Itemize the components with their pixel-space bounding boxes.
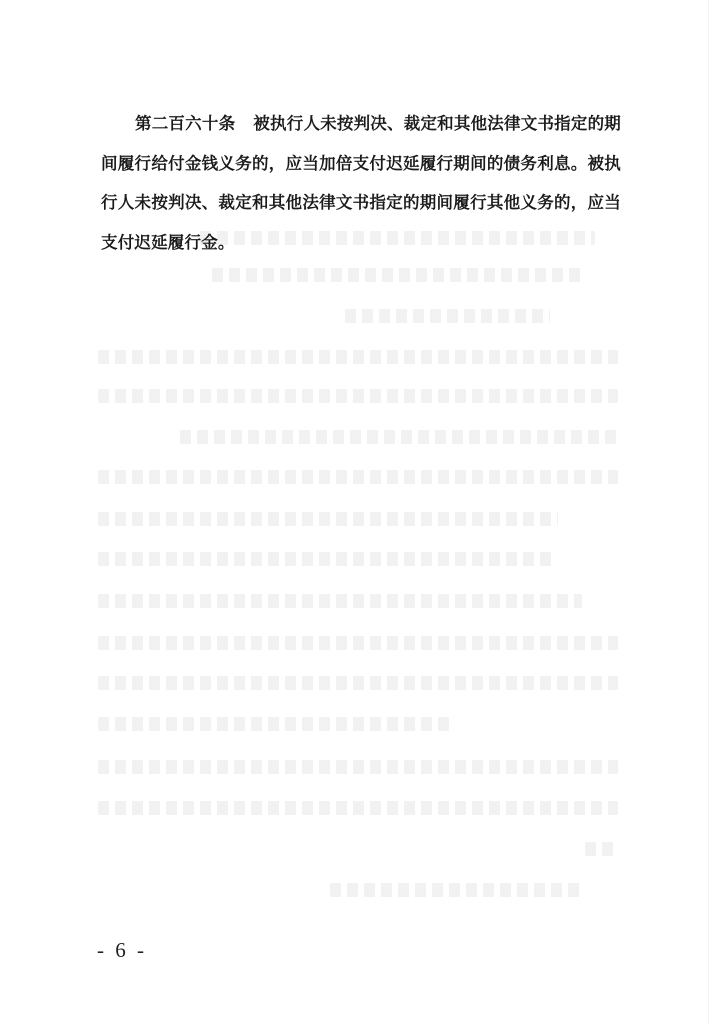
article-number: 第二百六十条 xyxy=(135,114,235,133)
bleed-line xyxy=(98,717,453,731)
bleed-line xyxy=(345,309,550,323)
bleed-line xyxy=(330,883,580,897)
article-260: 第二百六十条被执行人未按判决、裁定和其他法律文书指定的期间履行给付金钱义务的，应… xyxy=(101,104,621,262)
bleed-line xyxy=(98,350,618,364)
bleed-line xyxy=(98,676,618,690)
bleed-line xyxy=(98,552,556,566)
bleed-line xyxy=(212,268,584,282)
page-edge xyxy=(708,0,709,1024)
bleed-line xyxy=(585,842,617,856)
bleed-line xyxy=(98,760,618,774)
bleed-line xyxy=(98,801,618,815)
bleed-line xyxy=(98,636,618,650)
bleed-line xyxy=(98,389,618,403)
bleed-line xyxy=(98,470,618,484)
document-page: 第二百六十条被执行人未按判决、裁定和其他法律文书指定的期间履行给付金钱义务的，应… xyxy=(0,0,724,1024)
page-number: - 6 - xyxy=(97,938,147,963)
article-paragraph: 第二百六十条被执行人未按判决、裁定和其他法律文书指定的期间履行给付金钱义务的，应… xyxy=(101,104,621,262)
bleed-line xyxy=(98,594,582,608)
bleed-line xyxy=(180,430,616,444)
article-body: 被执行人未按判决、裁定和其他法律文书指定的期间履行给付金钱义务的，应当加倍支付迟… xyxy=(101,114,621,252)
bleed-line xyxy=(98,512,558,526)
